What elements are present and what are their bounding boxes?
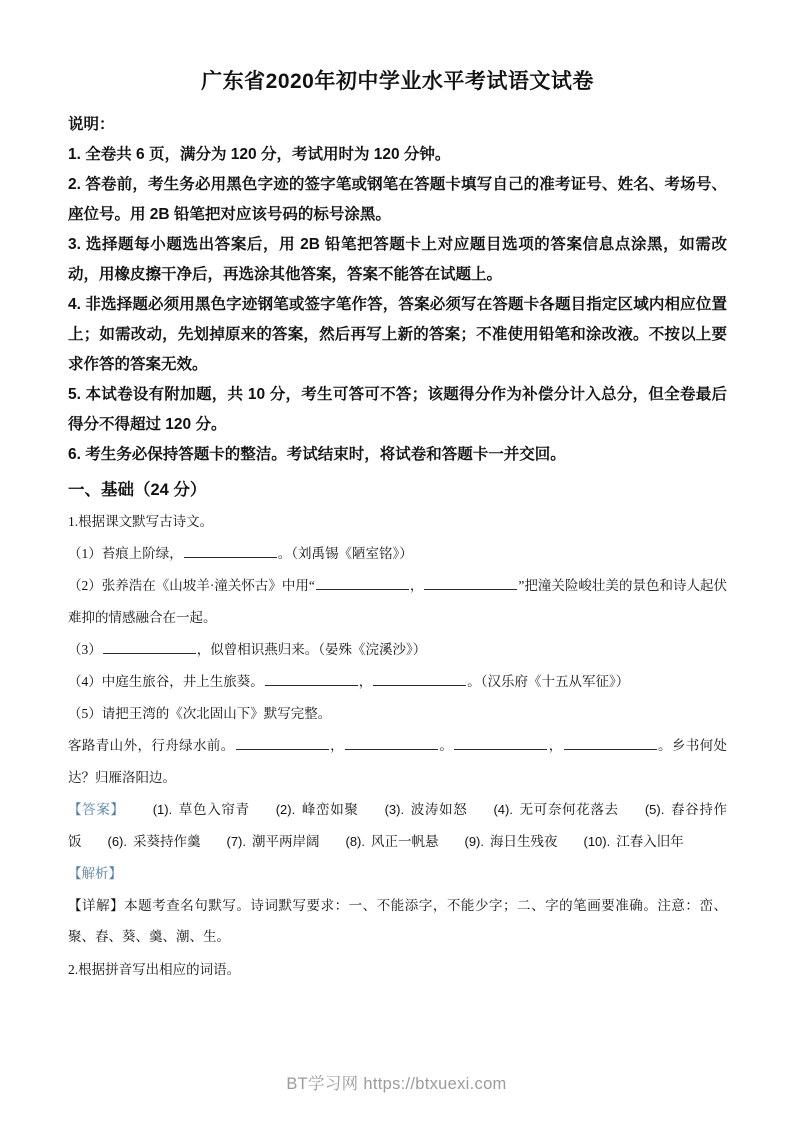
answer-blank [265, 672, 358, 686]
answer-blank [236, 736, 329, 750]
item-text: 。（汉乐府《十五从军征》） [467, 674, 629, 689]
answer-blank [184, 544, 277, 558]
question-1-item-3: （3），似曾相识燕归来。（晏殊《浣溪沙》） [68, 634, 727, 666]
answer-item-number: (8). [346, 834, 366, 849]
answer-blank [345, 736, 438, 750]
instruction-6: 6. 考生务必保持答题卡的整洁。考试结束时，将试卷和答题卡一并交回。 [68, 440, 727, 470]
item-text: 客路青山外，行舟绿水前。 [68, 738, 235, 753]
question-1-item-5-poem: 客路青山外，行舟绿水前。，。，。乡书何处达？归雁洛阳边。 [68, 730, 727, 794]
answer-item-text: 海日生残夜 [490, 834, 558, 849]
analysis-label-row: 【解析】 [68, 858, 727, 890]
question-2-stem: 2.根据拼音写出相应的词语。 [68, 954, 727, 986]
answer-blank [103, 640, 196, 654]
answer-label: 【答案】 [68, 802, 125, 817]
answer-item-number: (2). [276, 802, 296, 817]
answer-block: 【答案】(1).草色入帘青(2).峰峦如聚(3).波涛如怒(4).无可奈何花落去… [68, 794, 727, 858]
answer-item-text: 采葵持作羹 [133, 834, 201, 849]
answer-item: (1).草色入帘青 [153, 802, 250, 817]
instruction-3: 3. 选择题每小题选出答案后，用 2B 铅笔把答题卡上对应题目选项的答案信息点涂… [68, 230, 727, 290]
instructions-heading: 说明： [68, 110, 727, 140]
instruction-4: 4. 非选择题必须用黑色字迹钢笔或签字笔作答，答案必须写在答题卡各题目指定区域内… [68, 290, 727, 380]
answer-item: (3).波涛如怒 [385, 802, 468, 817]
answer-item-text: 潮平两岸阔 [252, 834, 320, 849]
answer-blank [424, 576, 517, 590]
question-1-item-1: （1）苔痕上阶绿，。（刘禹锡《陋室铭》） [68, 538, 727, 570]
answer-item-text: 风正一帆悬 [371, 834, 439, 849]
question-1-item-4: （4）中庭生旅谷，井上生旅葵。，。（汉乐府《十五从军征》） [68, 666, 727, 698]
answer-blank [454, 736, 547, 750]
answer-item-number: (7). [227, 834, 247, 849]
answer-item-number: (4). [493, 802, 513, 817]
question-1-item-5-stem: （5）请把王湾的《次北固山下》默写完整。 [68, 698, 727, 730]
answer-item-number: (6). [108, 834, 128, 849]
question-1-stem: 1.根据课文默写古诗文。 [68, 506, 727, 538]
answer-item: (9).海日生残夜 [465, 834, 558, 849]
answer-item-text: 江春入旧年 [616, 834, 684, 849]
answer-item: (10).江春入旧年 [584, 834, 684, 849]
answer-item-text: 草色入帘青 [178, 802, 250, 817]
item-text: ，似曾相识燕归来。（晏殊《浣溪沙》） [197, 642, 427, 657]
instruction-2: 2. 答卷前，考生务必用黑色字迹的签字笔或钢笔在答题卡填写自己的准考证号、姓名、… [68, 170, 727, 230]
answer-item-number: (1). [153, 802, 173, 817]
question-1-item-2: （2）张养浩在《山坡羊·潼关怀古》中用“，”把潼关险峻壮美的景色和诗人起伏难抑的… [68, 570, 727, 634]
answer-item-number: (3). [385, 802, 405, 817]
answer-item: (6).采葵持作羹 [108, 834, 201, 849]
answer-item: (7).潮平两岸阔 [227, 834, 320, 849]
exam-instructions: 说明： 1. 全卷共 6 页，满分为 120 分，考试用时为 120 分钟。 2… [68, 110, 727, 470]
answer-item-number: (9). [465, 834, 485, 849]
answer-blank [373, 672, 466, 686]
answer-blank [316, 576, 409, 590]
item-text: （4）中庭生旅谷，井上生旅葵。 [68, 674, 264, 689]
item-text: ， [548, 738, 562, 753]
answer-blank [564, 736, 657, 750]
page-title: 广东省2020年初中学业水平考试语文试卷 [68, 68, 727, 96]
instruction-5: 5. 本试卷设有附加题，共 10 分，考生可答可不答；该题得分作为补偿分计入总分… [68, 380, 727, 440]
item-text: （2）张养浩在《山坡羊·潼关怀古》中用“ [68, 578, 315, 593]
answer-item-text: 峰峦如聚 [301, 802, 358, 817]
analysis-detail: 【详解】本题考查名句默写。诗词默写要求：一、不能添字，不能少字；二、字的笔画要准… [68, 890, 727, 952]
item-text: （1）苔痕上阶绿， [68, 546, 183, 561]
item-text: ， [359, 674, 373, 689]
exam-paper-page: 广东省2020年初中学业水平考试语文试卷 说明： 1. 全卷共 6 页，满分为 … [0, 0, 793, 1122]
item-text: 。（刘禹锡《陋室铭》） [278, 546, 413, 561]
answer-item: (2).峰峦如聚 [276, 802, 359, 817]
answer-item: (8).风正一帆悬 [346, 834, 439, 849]
answer-item-number: (5). [645, 802, 665, 817]
answer-item-text: 无可奈何花落去 [519, 802, 619, 817]
answer-item-text: 波涛如怒 [410, 802, 467, 817]
item-text: ， [410, 578, 424, 593]
analysis-label: 【解析】 [68, 866, 122, 881]
item-text: （3） [68, 642, 102, 657]
footer-watermark: BT学习网 https://btxuexi.com [0, 1070, 793, 1094]
instruction-1: 1. 全卷共 6 页，满分为 120 分，考试用时为 120 分钟。 [68, 140, 727, 170]
item-text: ， [330, 738, 344, 753]
answer-item: (4).无可奈何花落去 [493, 802, 618, 817]
item-text: 。 [439, 738, 453, 753]
exam-content: 广东省2020年初中学业水平考试语文试卷 说明： 1. 全卷共 6 页，满分为 … [0, 0, 793, 986]
section-heading-basics: 一、基础（24 分） [68, 474, 727, 506]
answer-item-number: (10). [584, 834, 611, 849]
